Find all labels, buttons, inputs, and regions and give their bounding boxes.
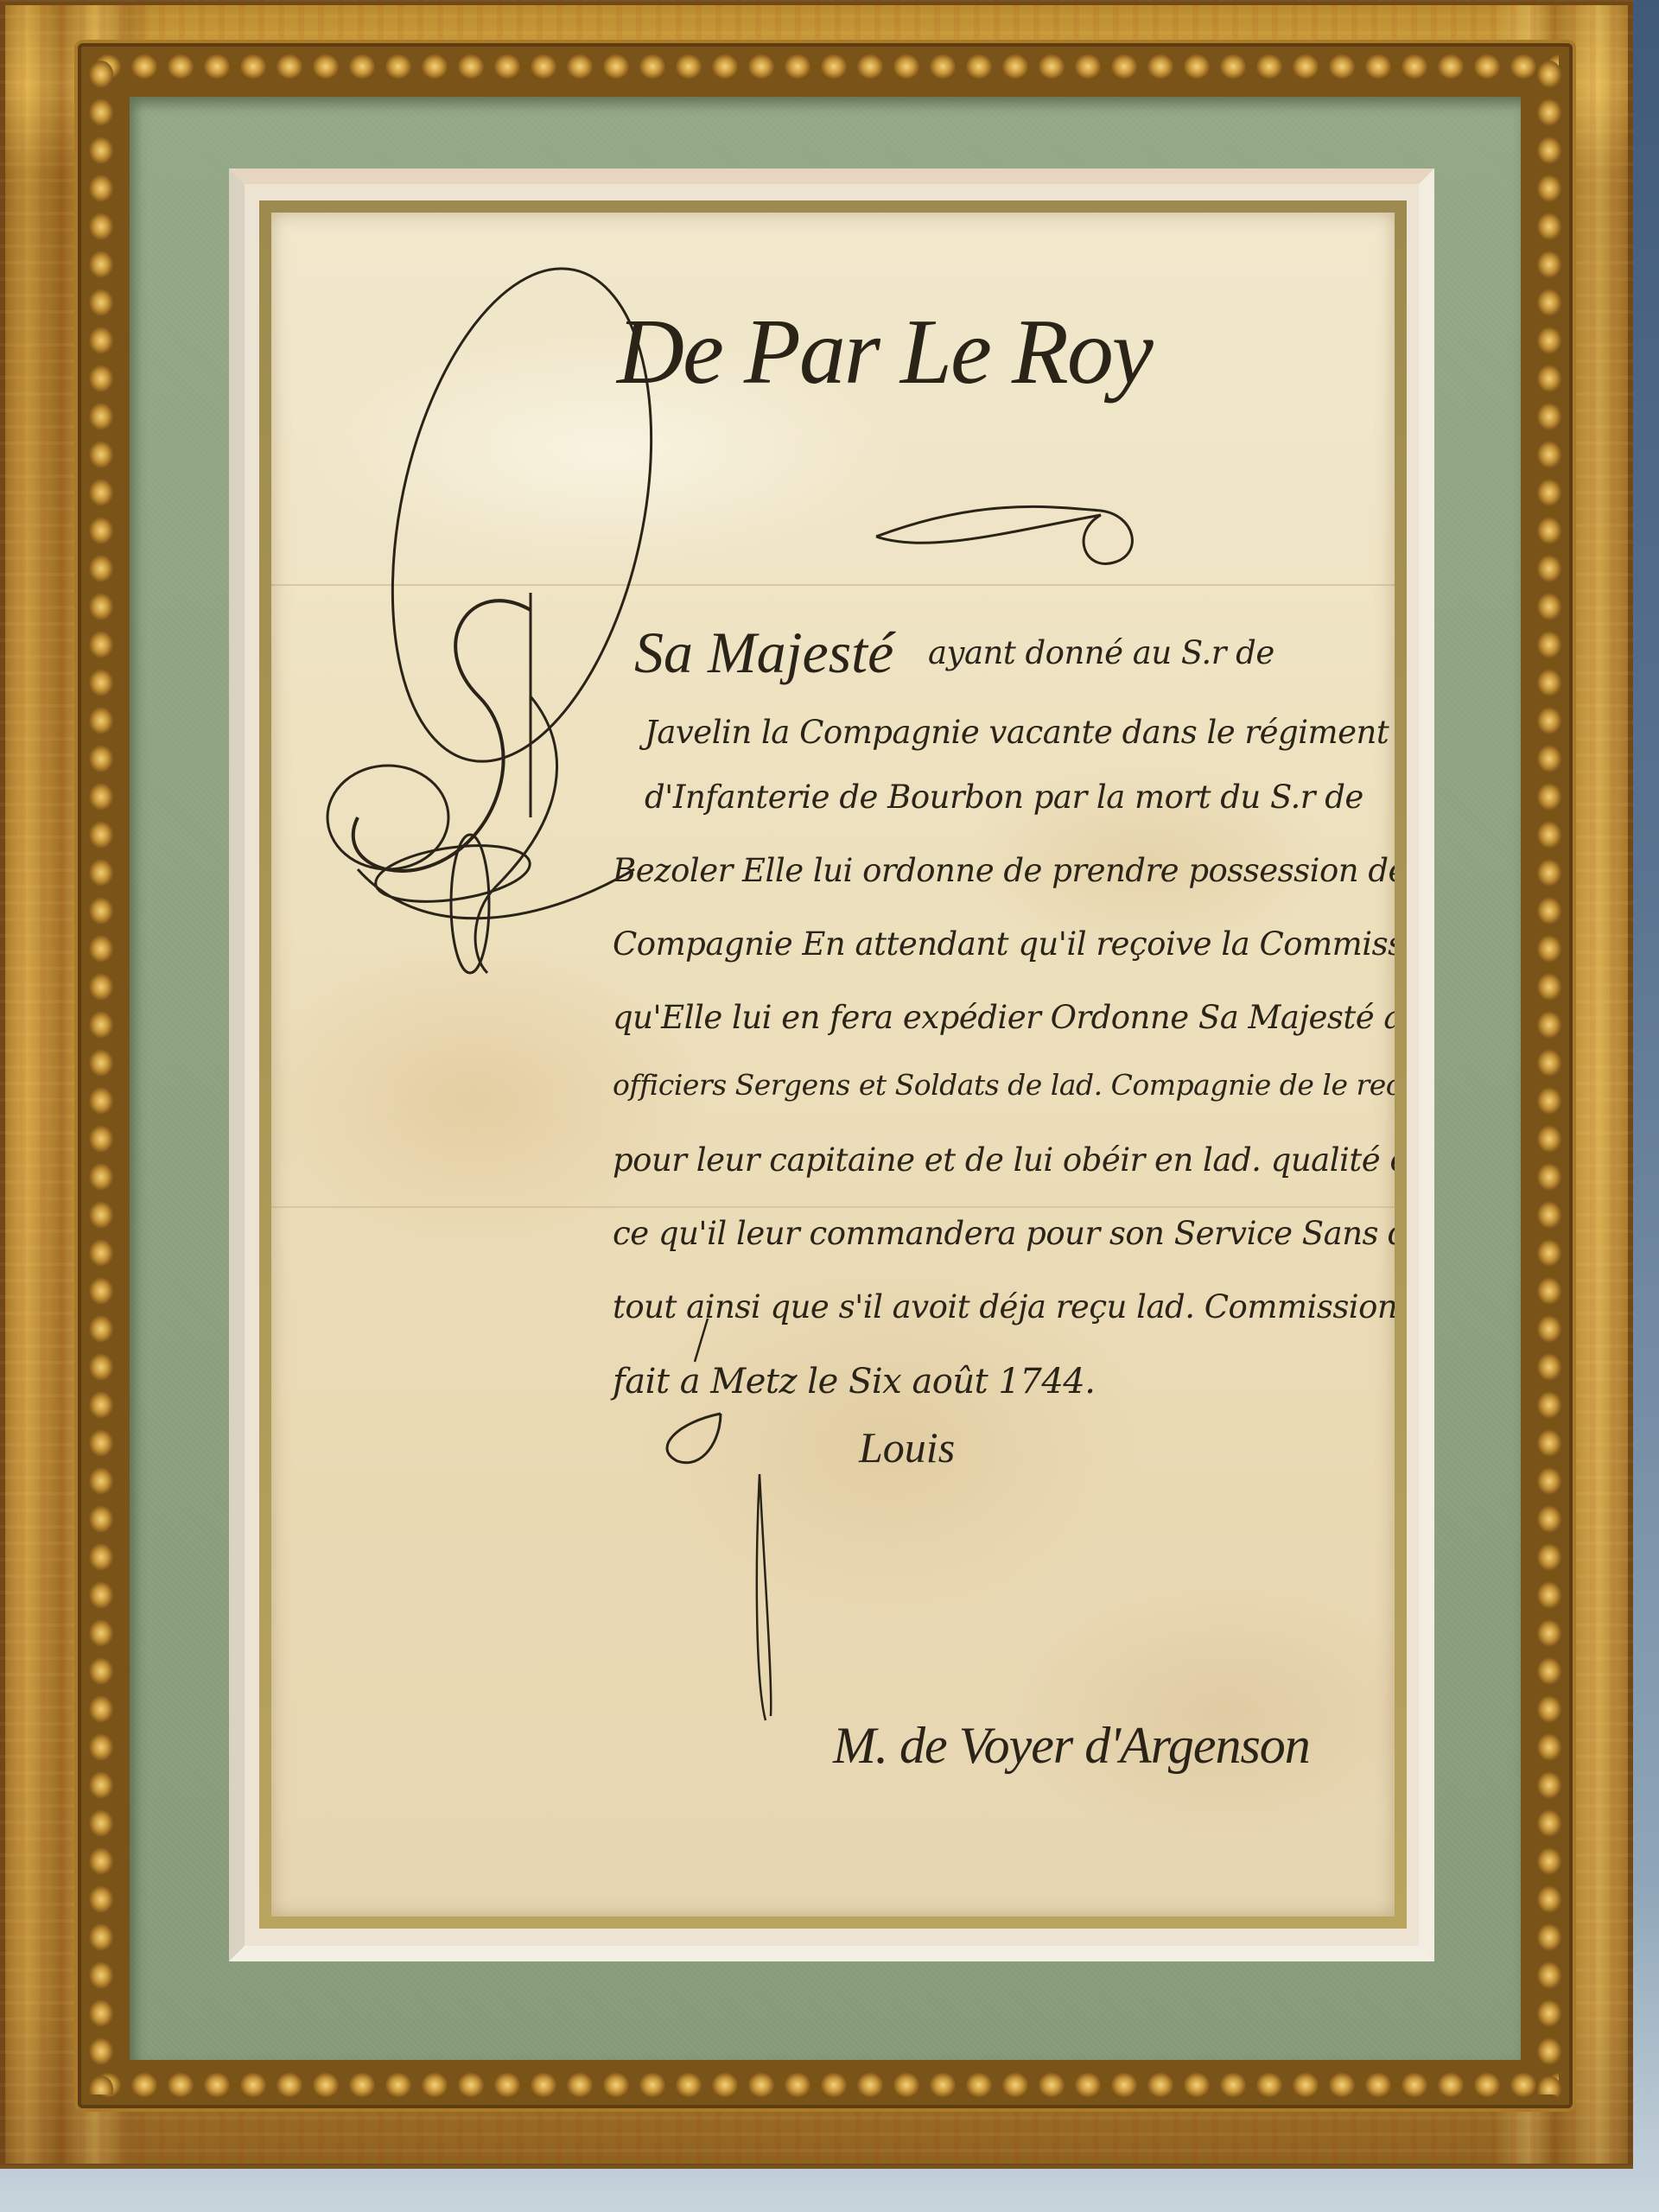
calligraphic-flourishes-icon bbox=[271, 213, 1395, 1916]
text-line-7: officiers Sergens et Soldats de lad. Com… bbox=[613, 1068, 1395, 1102]
text-line-11-date: fait a Metz le Six août 1744. bbox=[613, 1362, 1095, 1402]
opening-words: Sa Majesté bbox=[634, 619, 893, 687]
bead-row-bottom bbox=[90, 2067, 1559, 2103]
text-line-3: d'Infanterie de Bourbon par la mort du S… bbox=[645, 779, 1363, 816]
manuscript-document: De Par Le Roy Sa Majesté ayant donné au … bbox=[271, 213, 1395, 1916]
text-line-4: Bezoler Elle lui ordonne de prendre poss… bbox=[613, 852, 1395, 889]
royal-signature: Louis bbox=[859, 1422, 955, 1472]
bead-column-left bbox=[83, 55, 119, 2094]
bead-row-top bbox=[90, 48, 1559, 85]
text-line-10: tout ainsi que s'il avoit déja reçu lad.… bbox=[613, 1288, 1395, 1325]
inner-gilt-slip: De Par Le Roy Sa Majesté ayant donné au … bbox=[259, 200, 1407, 1929]
countersignature: M. de Voyer d'Argenson bbox=[833, 1716, 1310, 1776]
text-line-8: pour leur capitaine et de lui obéir en l… bbox=[613, 1141, 1395, 1179]
text-line-2: Javelin la Compagnie vacante dans le rég… bbox=[645, 714, 1389, 751]
bead-column-right bbox=[1531, 55, 1567, 2094]
document-heading: De Par Le Roy bbox=[617, 299, 1152, 406]
text-line-1: ayant donné au S.r de bbox=[928, 634, 1274, 671]
text-line-5: Compagnie En attendant qu'il reçoive la … bbox=[613, 925, 1395, 963]
text-line-9: ce qu'il leur commandera pour son Servic… bbox=[613, 1215, 1395, 1252]
text-line-6: qu'Elle lui en fera expédier Ordonne Sa … bbox=[613, 999, 1395, 1036]
